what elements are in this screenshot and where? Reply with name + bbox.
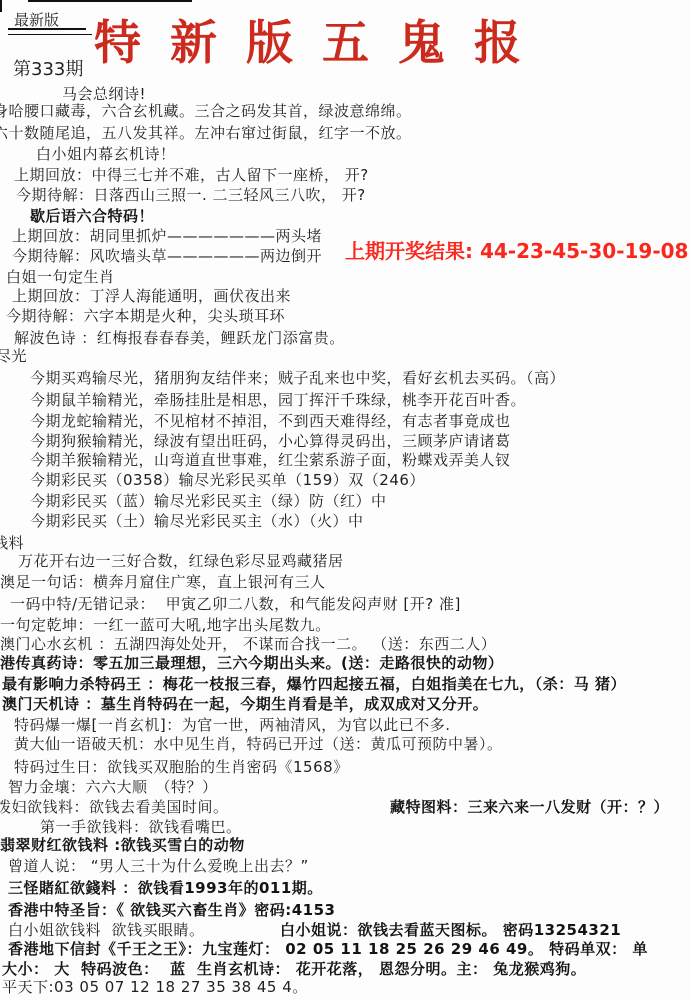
text-line-6: 歇后语六合特码！ (30, 208, 154, 225)
text-line-19: 今期彩民买（0358）输尽光彩民买单（159）双（246） (30, 472, 425, 489)
text-line-45: 大小： 大 特码波色： 蓝 生肖玄机诗： 花开花落， 恩怨分明。主： 兔龙猴鸡狗… (2, 961, 586, 978)
text-line-37: 第一手欲钱料：欲钱看嘴巴。 (40, 819, 242, 836)
edition-label: 最新版 (14, 9, 59, 30)
text-line-24: 澳足一句话：横奔月窟住广寒，直上银河有三人 (0, 574, 326, 591)
text-line-14: 今期买鸡输尽光，猪朋狗友结伴来；贼子乱来也中奖，看好玄机去买码。（高） (30, 370, 565, 387)
text-line-5: 今期待解：日落西山三照一. 二三轻风三八吹， 开? (16, 187, 366, 204)
header-left-tick (0, 0, 2, 12)
issue-number: 第333期 (13, 55, 83, 81)
text-line-41: 香港中特圣旨：《 欲钱买六畜生肖》密码:4153 (8, 902, 335, 919)
text-line-31: 特码爆一爆[一肖玄机]：为官一世，两袖清风，为官以此已不多. (14, 717, 450, 734)
text-line-46: 平天下:03 05 07 12 18 27 35 38 45 4。 (2, 979, 308, 996)
text-line-27: 澳门心水玄机 ：五湖四海处处开， 不谋而合找一二。 （送：东西二人） (0, 636, 496, 653)
text-line-12: 解波色诗 ：红梅报春春春美，鲤跃龙门添富贵。 (14, 330, 345, 347)
text-line-32: 黄大仙一语破天机：水中见生肖，特码已开过（送：黄瓜可预防中暑）。 (14, 736, 503, 753)
text-line-35: 泼妇欲钱料：欲钱去看美国时间。 (0, 799, 229, 816)
text-line-20: 今期彩民买（蓝）输尽光彩民买主（绿）防（红）中 (30, 493, 387, 510)
text-line-16: 今期龙蛇输精光，不见棺材不掉泪，不到西天难得经，有志者事竟成也 (30, 413, 511, 430)
text-line-22: 钱料 (0, 535, 24, 552)
text-line-23: 万花开右边一三好合数，红绿色彩尽显鸡藏猪居 (18, 553, 344, 570)
text-line-39: 曾道人说： “男人三十为什么爱晚上出去？” (8, 858, 309, 875)
five-ghost-report-page: 最新版 第333期 特新版五鬼报 上期开奖结果: 44-23-45-30-19-… (0, 0, 690, 1000)
text-line-15: 今期鼠羊输精光，牵肠挂肚是相思，园丁挥汗千珠绿，桃李开花百叶香。 (30, 392, 526, 409)
text-line-3: 白小姐内幕玄机诗！ (36, 146, 176, 163)
page-title: 特新版五鬼报 (94, 20, 550, 67)
text-line-30: 澳门天机诗 ：墓生肖特码在一起，今期生肖看是羊，成双成对又分开。 (2, 696, 488, 713)
text-line-33: 特码过生日：欲钱买双胞胎的生肖密码《1568》 (14, 759, 349, 776)
text-line-29: 最有影响力杀特码王 ：梅花一枝报三春，爆竹四起接五福，白姐指美在七九，（杀：马 … (2, 676, 626, 693)
text-line-25: 一码中特/无错记录： 甲寅乙卯二八数，和气能发闷声财 [开? 准] (10, 596, 461, 613)
text-line-43: 白小姐说：欲钱去看蓝天图标。 密码13254321 (280, 922, 621, 939)
text-line-8: 今期待解：风吹墙头草——————两边倒开 (12, 248, 322, 265)
text-line-9: 白姐一句定生肖 (6, 269, 115, 286)
text-line-4: 上期回放：中得三七并不难，古人留下一座桥， 开? (14, 167, 369, 184)
text-line-38: 翡翠财红欲钱料 :欲钱买雪白的动物 (0, 837, 245, 854)
text-line-7: 上期回放：胡同里抓炉———————两头堵 (12, 228, 322, 245)
text-line-26: 一句定乾坤：一红一蓝可大吼,地字出头尾数九。 (0, 617, 331, 634)
header-top-rule (28, 0, 192, 2)
text-line-34: 智力金壤：六六大顺 （特？） (8, 779, 218, 796)
text-line-1: 身哈腰口藏毒，六合玄机藏。三合之码发其首，绿波意绵绵。 (0, 103, 412, 120)
last-draw-result: 上期开奖结果: 44-23-45-30-19-08+26 (345, 235, 690, 264)
text-line-36: 藏特图料：三来六来一八发财（开：？） (390, 799, 669, 816)
text-line-28: 港传真药诗：零五加三最理想，三六今期出头来。(送：走路很快的动物） (0, 655, 503, 672)
text-line-10: 上期回放：丁浮人海能通明，画伏夜出来 (12, 288, 291, 305)
text-line-11: 今期待解：六字本期是火种，尖头琐耳环 (6, 308, 285, 325)
text-line-13: 尽光 (0, 348, 27, 365)
text-line-2: 六十数随尾追，五八发其祥。左冲右窜过街鼠，红字一不放。 (0, 125, 412, 142)
text-line-0: 马会总纲诗! (62, 86, 146, 103)
text-line-40: 三怪賭紅欲錢料 ：欲钱看1993年的011期。 (8, 880, 323, 897)
text-line-42: 白小姐欲钱料 欲钱买眼睛。 (8, 922, 205, 939)
text-line-17: 今期狗猴输精光，绿波有望出旺码，小心算得灵码出，三顾茅庐请诸葛 (30, 433, 511, 450)
edition-underline-2 (8, 34, 92, 35)
text-line-18: 今期羊猴输精光，山弯道直世事难，红尘萦系游子面，粉蝶戏弄美人钗 (30, 452, 511, 469)
text-line-21: 今期彩民买（土）输尽光彩民买主（水）（火）中 (30, 513, 364, 530)
text-line-44: 香港地下信封《千王之王》：九宝莲灯： 02 05 11 18 25 26 29 … (8, 941, 648, 958)
